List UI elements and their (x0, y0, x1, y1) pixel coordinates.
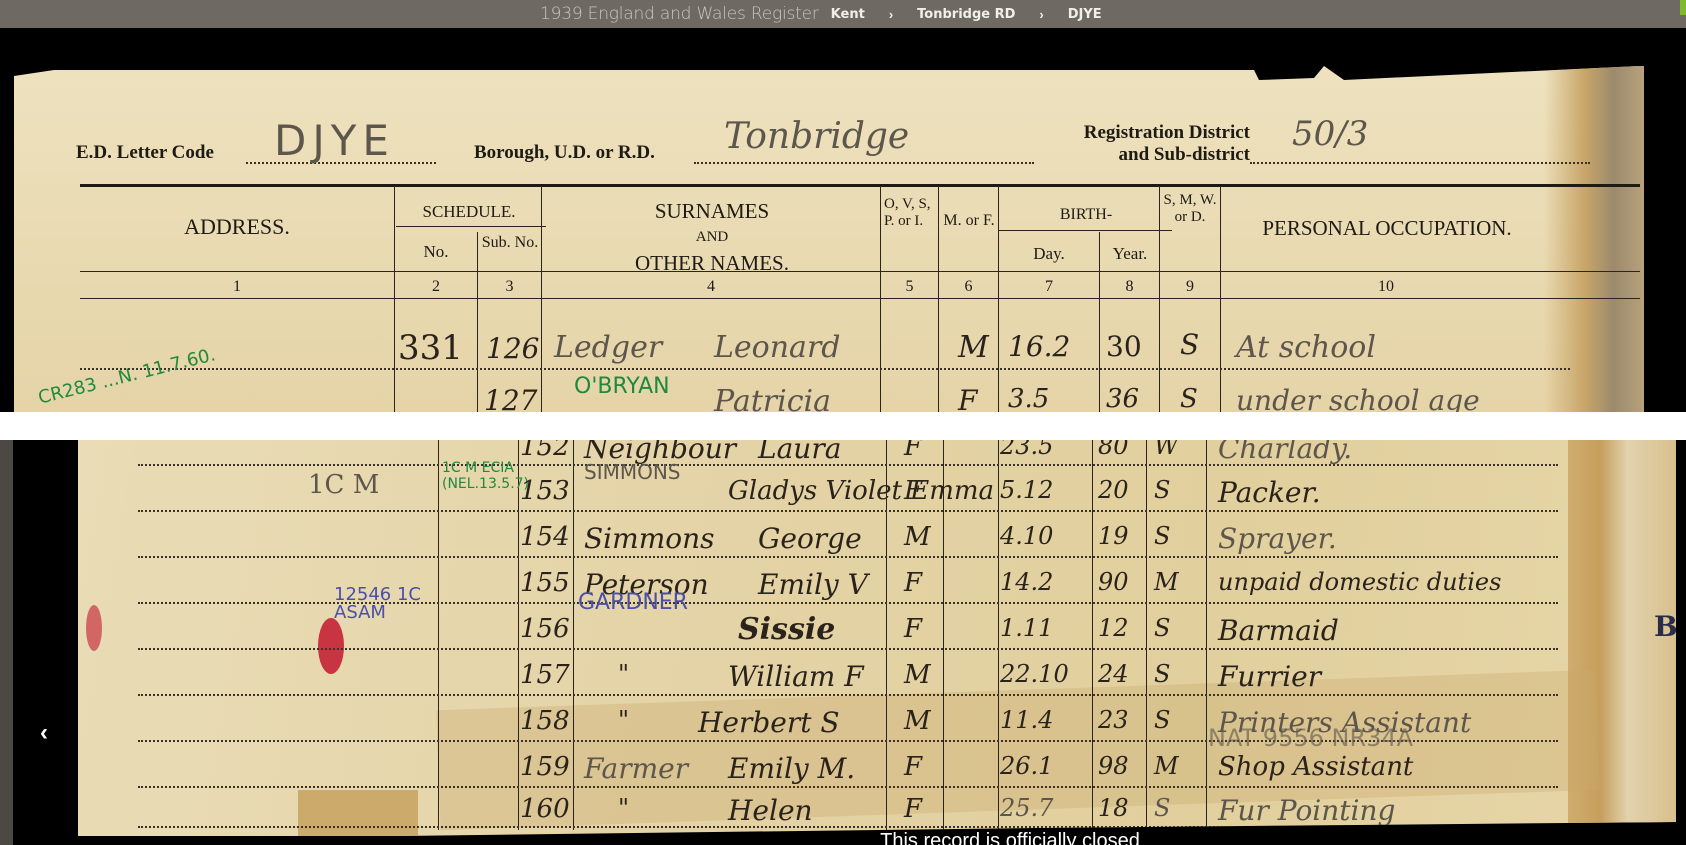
birth-year: 12 (1098, 614, 1129, 642)
sex: M (958, 330, 989, 365)
pencil-annotation: 1C M (308, 470, 379, 500)
borough-label: Borough, U.D. or R.D. (474, 142, 655, 164)
surname: Simmons (584, 522, 715, 555)
marital-status: S (1154, 614, 1170, 642)
surname: O'BRYAN (574, 374, 670, 399)
birth-day: 25.7 (1000, 794, 1053, 822)
row-rule (138, 510, 1558, 512)
col-divider (573, 440, 574, 830)
marital-status: M (1154, 568, 1179, 596)
occupation: Shop Assistant (1218, 752, 1413, 782)
registration-district-label: Registration District and Sub-district (1036, 122, 1250, 166)
side-mark: B (1654, 610, 1676, 643)
occupation: Fur Pointing (1218, 794, 1395, 827)
col-divider (1146, 440, 1147, 830)
col-number: 5 (881, 278, 938, 296)
birth-year: 18 (1098, 794, 1129, 822)
surname: GARDNER (578, 590, 688, 615)
forename: Sissie (738, 612, 835, 647)
red-wax-mark (318, 618, 344, 674)
ditto-mark: " (618, 660, 629, 688)
registration-value: 50/3 (1292, 114, 1368, 154)
status-indicator (1680, 0, 1686, 15)
birth-day: 14.2 (1000, 568, 1053, 596)
birth-year: 20 (1098, 476, 1129, 504)
col-divider (998, 440, 999, 830)
birth-day: 4.10 (1000, 522, 1053, 550)
birth-day: 3.5 (1008, 384, 1049, 412)
viewer-side-strip (0, 440, 13, 845)
col-birth-day: Day. (1000, 244, 1098, 264)
register-image-bottom[interactable]: 152 Neighbour Laura F 23.5 80 W Charlady… (78, 440, 1676, 836)
col-sex: M. or F. (940, 212, 998, 230)
dotted-line (694, 162, 1034, 164)
forename: Laura (758, 440, 841, 465)
sex: F (904, 794, 922, 824)
tape-mark (298, 790, 418, 836)
marital-status: M (1154, 752, 1179, 780)
birth-year: 98 (1098, 752, 1129, 780)
birth-year: 23 (1098, 706, 1129, 734)
header-rule (80, 298, 1640, 299)
col-schedule-no: No. (396, 242, 476, 262)
row-rule (138, 694, 1558, 696)
col-number: 2 (396, 278, 476, 296)
occupation: Furrier (1218, 660, 1321, 693)
top-bar: 1939 England and Wales Register Kent › T… (0, 0, 1686, 28)
sex: F (904, 440, 922, 462)
col-divider (1206, 440, 1207, 830)
register-image-top[interactable]: E.D. Letter Code DJYE Borough, U.D. or R… (14, 66, 1644, 412)
birth-day: 23.5 (1000, 440, 1053, 460)
col-surnames: SURNAMES AND OTHER NAMES. (544, 196, 880, 278)
sex: F (904, 568, 922, 598)
row-rule (138, 648, 1558, 650)
marital-status: S (1154, 794, 1170, 822)
col-number: 9 (1160, 278, 1220, 296)
sub-number: 159 (520, 752, 570, 782)
col-number: 10 (1221, 278, 1551, 296)
occupation: under school age (1236, 384, 1480, 412)
col-divider (438, 440, 439, 830)
closed-record-notice: This record is officially closed (700, 830, 1320, 845)
col-number: 7 (999, 278, 1099, 296)
occupation: Barmaid (1218, 614, 1339, 647)
green-annotation: 1C M ECIA (NEL.13.5.7) (442, 460, 522, 492)
sub-number: 158 (520, 706, 570, 736)
birth-day: 26.1 (1000, 752, 1053, 780)
sex: F (904, 476, 922, 506)
sub-number: 152 (520, 440, 570, 462)
blue-annotation: 12546 1C ASAM (334, 586, 434, 622)
sex: M (904, 522, 931, 552)
chevron-left-icon: ‹ (40, 719, 48, 747)
sex: M (904, 660, 931, 690)
col-divider (477, 232, 478, 412)
occupation: unpaid domestic duties (1218, 568, 1501, 596)
sex: F (958, 384, 977, 412)
registration-label-line1: Registration District (1036, 122, 1250, 144)
col-number: 1 (80, 278, 394, 296)
schedule-rule (396, 226, 546, 227)
col-divider (1092, 440, 1093, 830)
forename: Emily M. (728, 752, 855, 785)
surname: SIMMONS (584, 460, 681, 484)
birth-day: 1.11 (1000, 614, 1053, 642)
dotted-line (1250, 162, 1590, 164)
col-number: 4 (542, 278, 880, 296)
col-ovspi: O, V, S, P. or I. (884, 196, 938, 230)
sex: F (904, 614, 922, 644)
col-surnames-line3: OTHER NAMES. (544, 248, 880, 278)
col-divider (1220, 186, 1221, 412)
birth-year: 24 (1098, 660, 1129, 688)
surname: Farmer (584, 752, 688, 785)
forename: William F (728, 660, 864, 693)
col-divider (518, 440, 519, 830)
birth-day: 11.4 (1000, 706, 1053, 734)
col-number: 8 (1100, 278, 1159, 296)
birth-day: 16.2 (1008, 330, 1070, 363)
birth-year: 80 (1098, 440, 1129, 460)
occupation: Packer. (1218, 476, 1321, 509)
birth-year: 30 (1106, 330, 1142, 363)
birth-year: 36 (1106, 384, 1139, 412)
registration-label-line2: and Sub-district (1036, 144, 1250, 166)
marital-status: S (1180, 384, 1198, 412)
sub-number: 157 (520, 660, 570, 690)
breadcrumb-kent[interactable]: Kent (831, 7, 865, 22)
col-surnames-line2: AND (544, 226, 880, 248)
sub-number: 126 (486, 332, 539, 365)
surname: Ledger (554, 330, 662, 365)
collection-title[interactable]: 1939 England and Wales Register (540, 4, 819, 24)
col-birth-year: Year. (1100, 244, 1160, 264)
marital-status: S (1154, 706, 1170, 734)
sex: M (904, 706, 931, 736)
sub-number: 155 (520, 568, 570, 598)
forename: Patricia (714, 384, 831, 412)
page-edge (1544, 66, 1644, 412)
row-rule (80, 368, 1570, 370)
col-divider (998, 186, 999, 412)
previous-image-button[interactable]: ‹ (34, 718, 54, 748)
forename: Herbert S (698, 706, 840, 739)
breadcrumb-tonbridge-rd[interactable]: Tonbridge RD (917, 7, 1015, 22)
col-address: ADDRESS. (80, 214, 394, 240)
forename: Emily V (758, 568, 868, 601)
marital-status: W (1154, 440, 1179, 460)
marital-status: S (1180, 328, 1199, 361)
breadcrumb-djye[interactable]: DJYE (1068, 7, 1102, 22)
marital-status: S (1154, 476, 1170, 504)
col-divider (938, 186, 939, 412)
col-birth: BIRTH- (1000, 206, 1172, 224)
sex: F (904, 752, 922, 782)
schedule-number: 331 (398, 328, 463, 368)
pencil-annotation: NAT 9556 NR34A (1208, 724, 1413, 752)
occupation: At school (1236, 330, 1376, 365)
sub-number: 153 (520, 476, 570, 506)
col-occupation: PERSONAL OCCUPATION. (1222, 216, 1552, 241)
col-number: 6 (939, 278, 998, 296)
ditto-mark: " (618, 794, 629, 822)
col-surnames-line1: SURNAMES (544, 196, 880, 226)
breadcrumb: 1939 England and Wales Register Kent › T… (540, 0, 1102, 28)
chevron-right-icon: › (1039, 7, 1043, 22)
birth-day: 22.10 (1000, 660, 1069, 688)
birth-year: 90 (1098, 568, 1129, 596)
sub-number: 160 (520, 794, 570, 824)
marital-status: S (1154, 522, 1170, 550)
sub-number: 154 (520, 522, 570, 552)
col-schedule: SCHEDULE. (396, 202, 542, 222)
row-rule (138, 786, 1558, 788)
occupation: Sprayer. (1218, 522, 1337, 555)
col-divider (394, 186, 395, 412)
occupation: Charlady. (1218, 440, 1352, 465)
sub-number: 156 (520, 614, 570, 644)
borough-value: Tonbridge (724, 116, 909, 157)
header-rule (80, 184, 1640, 187)
ed-letter-code-label: E.D. Letter Code (76, 142, 214, 164)
sub-number: 127 (484, 384, 537, 412)
birth-year: 19 (1098, 522, 1129, 550)
col-number: 3 (478, 278, 541, 296)
col-divider (880, 186, 881, 412)
forename: George (758, 522, 862, 555)
col-marital-status: S, M, W. or D. (1162, 192, 1218, 226)
col-schedule-sub: Sub. No. (480, 234, 540, 252)
chevron-right-icon: › (889, 7, 893, 22)
red-wax-mark (86, 605, 102, 651)
forename: Helen (728, 794, 813, 827)
birth-rule (998, 230, 1172, 231)
ditto-mark: " (618, 706, 629, 734)
green-annotation: CR283 ...N. 11.7.60. (36, 344, 217, 408)
birth-day: 5.12 (1000, 476, 1053, 504)
forename: Gladys Violet Emma (728, 476, 994, 506)
row-rule (138, 826, 1558, 828)
row-rule (138, 556, 1558, 558)
image-gap (0, 412, 1686, 440)
ed-letter-code-value: DJYE (274, 116, 395, 165)
marital-status: S (1154, 660, 1170, 688)
forename: Leonard (714, 330, 841, 365)
